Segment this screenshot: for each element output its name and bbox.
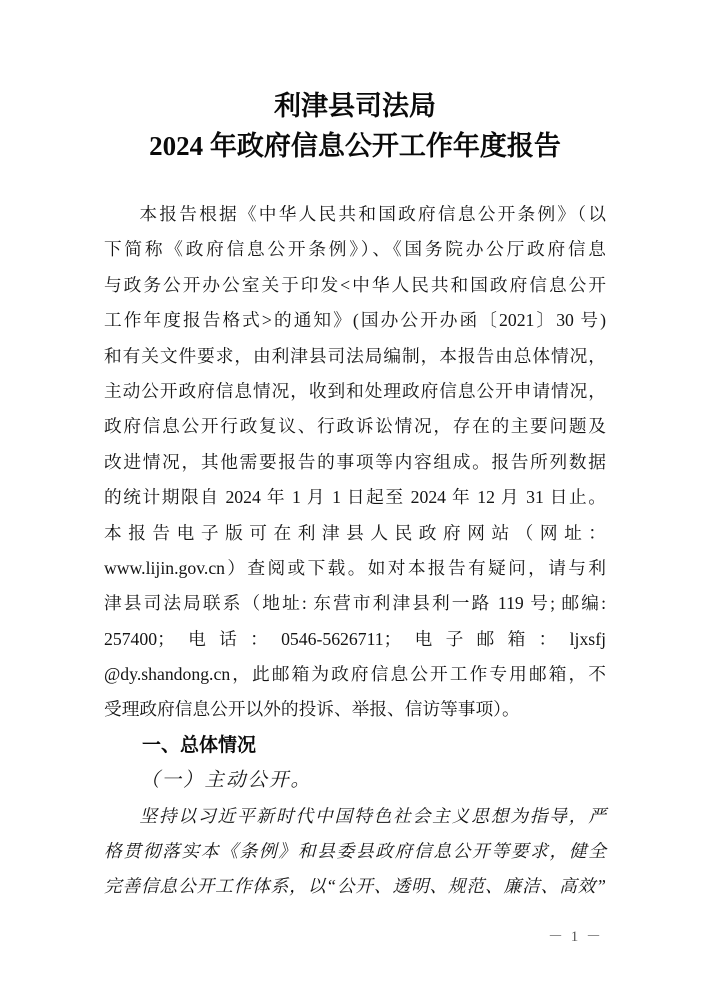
document-page: 利津县司法局 2024 年政府信息公开工作年度报告 本报告根据《中华人民共和国政…	[0, 0, 707, 999]
text-line: www.lijin.gov.cn）查阅或下载。如对本报告有疑问，请与利	[104, 551, 606, 586]
text-line: 完善信息公开工作体系，以“公开、透明、规范、廉洁、高效”	[104, 869, 606, 904]
text-line: @dy.shandong.cn，此邮箱为政府信息公开工作专用邮箱，不	[104, 657, 606, 692]
text-line: 坚持以习近平新时代中国特色社会主义思想为指导，严	[104, 799, 606, 834]
text-line: 257400；电话：0546-5626711；电子邮箱：ljxsfj	[104, 622, 606, 657]
text-line: 与政务公开办公室关于印发<中华人民共和国政府信息公开	[104, 268, 606, 303]
title-line-1: 利津县司法局	[104, 86, 606, 126]
intro-paragraph: 本报告根据《中华人民共和国政府信息公开条例》（以下简称《政府信息公开条例》）、《…	[104, 197, 606, 728]
text-line: 格贯彻落实本《条例》和县委县政府信息公开等要求，健全	[104, 834, 606, 869]
text-line: 的统计期限自 2024 年 1 月 1 日起至 2024 年 12 月 31 日…	[104, 480, 606, 515]
document-body: 本报告根据《中华人民共和国政府信息公开条例》（以下简称《政府信息公开条例》）、《…	[104, 197, 606, 905]
text-line: 政府信息公开行政复议、行政诉讼情况，存在的主要问题及	[104, 409, 606, 444]
text-line: 受理政府信息公开以外的投诉、举报、信访等事项）。	[104, 692, 606, 727]
text-line: 下简称《政府信息公开条例》）、《国务院办公厅政府信息	[104, 232, 606, 267]
section-heading: 一、总体情况	[104, 728, 606, 763]
text-line: 本报告电子版可在利津县人民政府网站（网址：	[104, 516, 606, 551]
page-content: 利津县司法局 2024 年政府信息公开工作年度报告 本报告根据《中华人民共和国政…	[104, 86, 606, 905]
text-line: 和有关文件要求，由利津县司法局编制，本报告由总体情况，	[104, 339, 606, 374]
text-line: 主动公开政府信息情况，收到和处理政府信息公开申请情况，	[104, 374, 606, 409]
title-line-2: 2024 年政府信息公开工作年度报告	[104, 126, 606, 166]
text-line: 本报告根据《中华人民共和国政府信息公开条例》（以	[104, 197, 606, 232]
page-number: － 1 －	[548, 928, 603, 946]
text-line: 工作年度报告格式>的通知》(国办公开办函〔2021〕30 号)	[104, 303, 606, 338]
text-line: 津县司法局联系（地址: 东营市利津县利一路 119 号; 邮编:	[104, 586, 606, 621]
document-title: 利津县司法局 2024 年政府信息公开工作年度报告	[104, 86, 606, 166]
active-disclosure-paragraph: 坚持以习近平新时代中国特色社会主义思想为指导，严格贯彻落实本《条例》和县委县政府…	[104, 799, 606, 905]
subsection-heading: （一）主动公开。	[104, 763, 606, 798]
text-line: 改进情况，其他需要报告的事项等内容组成。报告所列数据	[104, 445, 606, 480]
